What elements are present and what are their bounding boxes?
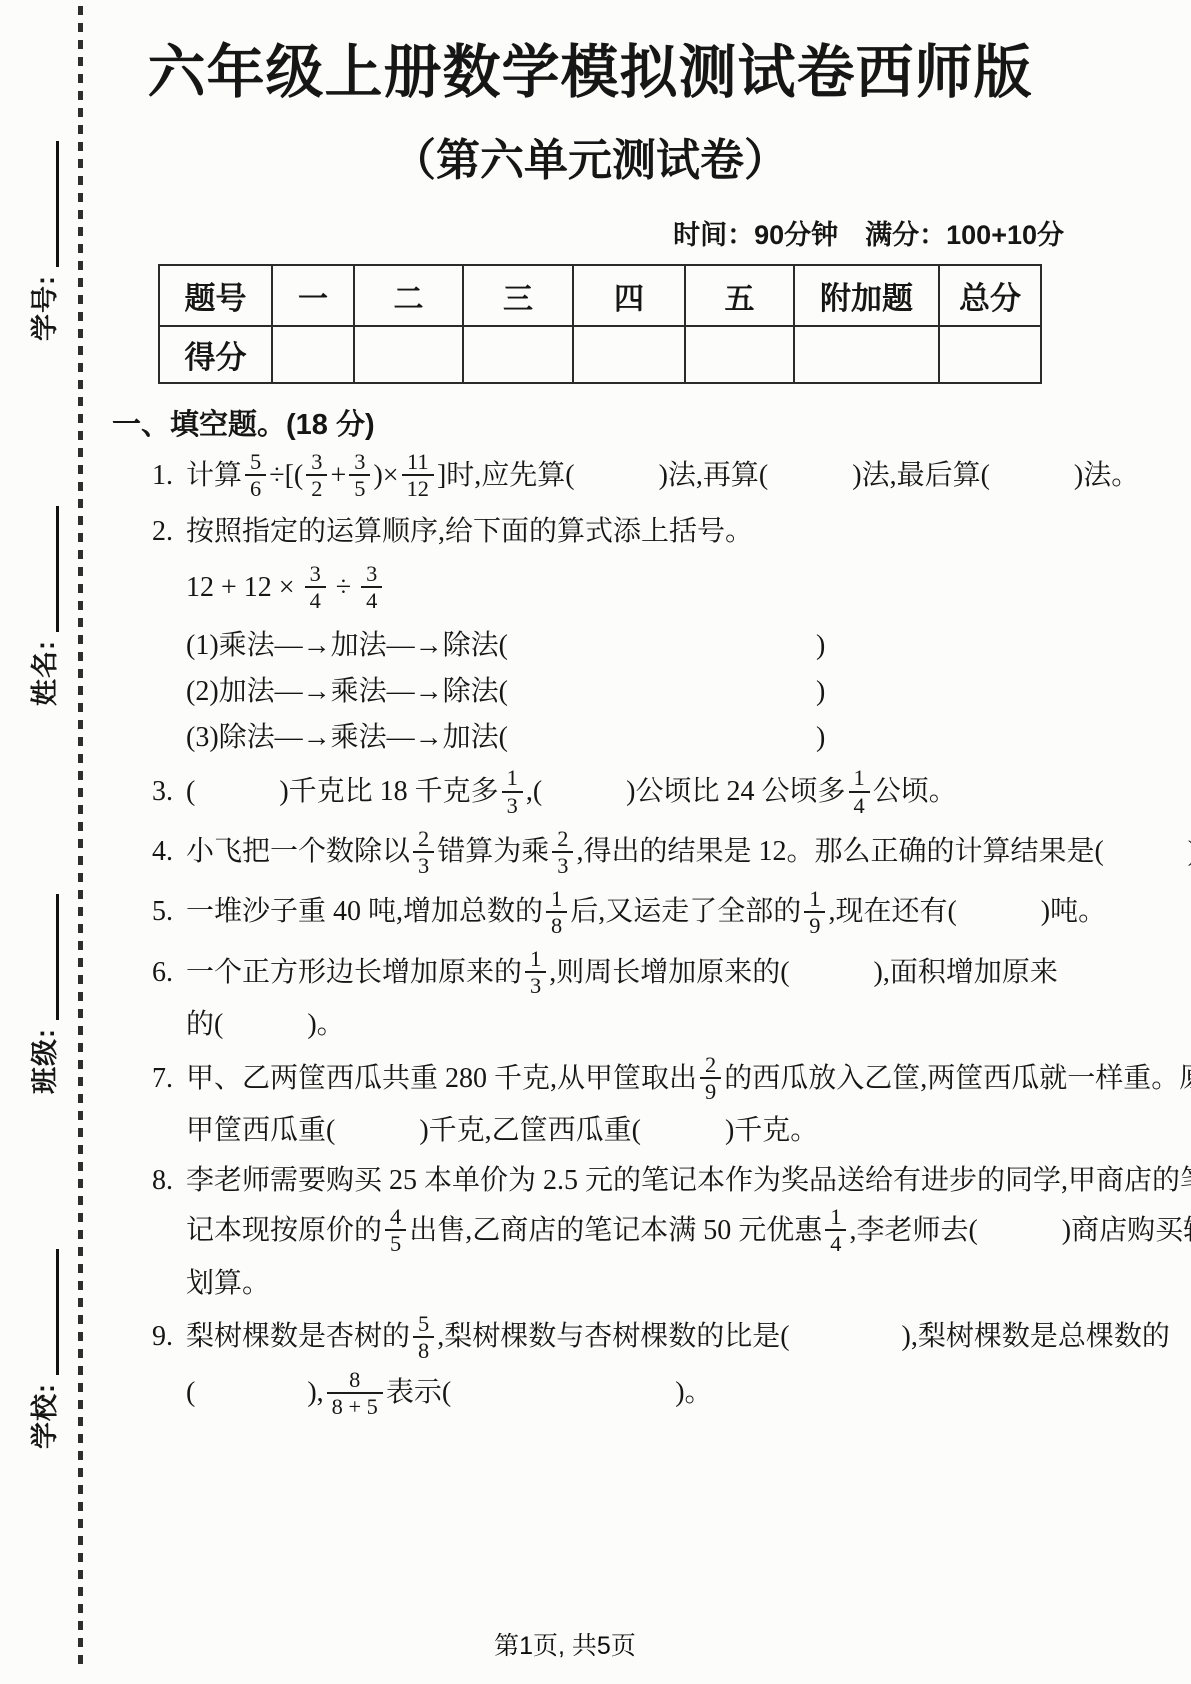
question-7: 7.甲、乙两筐西瓜共重 280 千克,从甲筐取出29的西瓜放入乙筐,两筐西瓜就一…	[152, 1054, 1068, 1152]
question-line-first: 1.计算56÷[(32+35)×1112]时,应先算( )法,再算( )法,最后…	[152, 451, 1068, 503]
question-line-first: 4.小飞把一个数除以23错算为乘23,得出的结果是 12。那么正确的计算结果是(…	[152, 828, 1068, 880]
question-number: 2.	[152, 511, 186, 553]
question-1: 1.计算56÷[(32+35)×1112]时,应先算( )法,再算( )法,最后…	[152, 451, 1068, 503]
score-table-header-cell: 四	[573, 265, 685, 326]
question-9: 9.梨树棵数是杏树的58,梨树棵数与杏树棵数的比是( ),梨树棵数是总棵数的( …	[152, 1313, 1068, 1421]
fraction: 23	[413, 826, 434, 878]
question-line: 的( )。	[186, 1004, 1068, 1046]
fraction: 14	[849, 765, 870, 817]
question-2: 2.按照指定的运算顺序,给下面的算式添上括号。12 + 12 × 34 ÷ 34…	[152, 511, 1068, 759]
question-text: 李老师需要购买 25 本单价为 2.5 元的笔记本作为奖品送给有进步的同学,甲商…	[186, 1165, 1191, 1196]
score-table-header-cell: 五	[685, 265, 794, 326]
question-line: (3)除法—→乘法—→加法( )	[186, 717, 1068, 759]
sidebar-field-class: 班级:	[19, 876, 59, 1094]
question-number: 9.	[152, 1316, 186, 1358]
question-line-first: 5.一堆沙子重 40 吨,增加总数的18后,又运走了全部的19,现在还有( )吨…	[152, 888, 1068, 940]
score-value-cell-empty	[272, 326, 354, 383]
fraction: 34	[305, 561, 326, 613]
question-number: 8.	[152, 1160, 186, 1202]
question-line: (1)乘法—→加法—→除法( )	[186, 625, 1068, 667]
fraction: 18	[546, 886, 567, 938]
section-heading: 一、填空题。(18 分)	[112, 402, 1068, 443]
question-text: 甲筐西瓜重( )千克,乙筐西瓜重( )千克。	[186, 1115, 818, 1146]
fraction: 34	[361, 561, 382, 613]
fraction: 58	[413, 1311, 434, 1363]
question-line: 划算。	[186, 1263, 1068, 1305]
question-line-first: 8.李老师需要购买 25 本单价为 2.5 元的笔记本作为奖品送给有进步的同学,…	[152, 1160, 1068, 1202]
question-3: 3.( )千克比 18 千克多13,( )公顷比 24 公顷多14公顷。	[152, 767, 1068, 819]
score-table-header-cell: 三	[463, 265, 573, 326]
sidebar-field-student-id: 学号:	[19, 123, 59, 341]
score-table-header-cell: 一	[272, 265, 354, 326]
exam-time-score-meta: 时间：90分钟 满分：100+10分	[112, 213, 1068, 252]
question-text: 记本现按原价的45出售,乙商店的笔记本满 50 元优惠14,李老师去( )商店购…	[186, 1215, 1191, 1246]
question-number: 1.	[152, 455, 186, 497]
question-text: 梨树棵数是杏树的58,梨树棵数与杏树棵数的比是( ),梨树棵数是总棵数的	[186, 1321, 1170, 1352]
score-value-cell-empty	[463, 326, 573, 383]
fraction: 23	[552, 826, 573, 878]
fraction: 19	[804, 886, 825, 938]
score-table-header-cell: 附加题	[794, 265, 939, 326]
fold-dashed-line	[78, 6, 83, 1672]
fraction: 88 + 5	[327, 1367, 383, 1419]
question-text: ( ),88 + 5表示( )。	[186, 1377, 713, 1408]
fill-in-line	[52, 506, 59, 632]
question-8: 8.李老师需要购买 25 本单价为 2.5 元的笔记本作为奖品送给有进步的同学,…	[152, 1160, 1068, 1304]
fraction: 56	[245, 449, 266, 501]
questions-list: 1.计算56÷[(32+35)×1112]时,应先算( )法,再算( )法,最后…	[112, 451, 1068, 1421]
question-text: 12 + 12 × 34 ÷ 34	[186, 572, 385, 603]
question-text: 计算56÷[(32+35)×1112]时,应先算( )法,再算( )法,最后算(…	[186, 460, 1139, 491]
fill-in-line	[52, 141, 59, 267]
question-text: 按照指定的运算顺序,给下面的算式添上括号。	[186, 516, 753, 547]
field-label: 学校:	[32, 1383, 59, 1449]
score-table-header-cell: 二	[354, 265, 463, 326]
score-table-header-cell: 总分	[939, 265, 1041, 326]
score-value-cell-empty	[939, 326, 1041, 383]
question-number: 5.	[152, 891, 186, 933]
question-text: (3)除法—→乘法—→加法( )	[186, 722, 825, 753]
fraction: 29	[700, 1052, 721, 1104]
question-text: 一个正方形边长增加原来的13,则周长增加原来的( ),面积增加原来	[186, 957, 1058, 988]
question-line: 甲筐西瓜重( )千克,乙筐西瓜重( )千克。	[186, 1110, 1068, 1152]
question-text: 的( )。	[186, 1009, 345, 1040]
page-title: 六年级上册数学模拟测试卷西师版	[112, 40, 1068, 107]
sidebar-field-student-name: 姓名:	[19, 488, 59, 706]
score-value-cell-empty	[354, 326, 463, 383]
fraction: 13	[502, 765, 523, 817]
question-line-first: 6.一个正方形边长增加原来的13,则周长增加原来的( ),面积增加原来	[152, 948, 1068, 1000]
question-text: ( )千克比 18 千克多13,( )公顷比 24 公顷多14公顷。	[186, 776, 957, 807]
fraction: 32	[306, 449, 327, 501]
score-table-corner-cell: 题号	[159, 265, 272, 326]
question-line: (2)加法—→乘法—→除法( )	[186, 671, 1068, 713]
question-line-first: 7.甲、乙两筐西瓜共重 280 千克,从甲筐取出29的西瓜放入乙筐,两筐西瓜就一…	[152, 1054, 1068, 1106]
score-value-cell-empty	[794, 326, 939, 383]
question-4: 4.小飞把一个数除以23错算为乘23,得出的结果是 12。那么正确的计算结果是(…	[152, 828, 1068, 880]
question-text: 划算。	[186, 1268, 270, 1299]
question-line: 12 + 12 × 34 ÷ 34	[186, 563, 1068, 615]
page-subtitle: （第六单元测试卷）	[112, 137, 1068, 185]
field-label: 学号:	[32, 275, 59, 341]
score-table: 题号一二三四五附加题总分得分	[158, 264, 1042, 384]
question-line-first: 2.按照指定的运算顺序,给下面的算式添上括号。	[152, 511, 1068, 553]
question-line: 记本现按原价的45出售,乙商店的笔记本满 50 元优惠14,李老师去( )商店购…	[186, 1206, 1068, 1258]
fraction: 35	[349, 449, 370, 501]
paper-content: 六年级上册数学模拟测试卷西师版 （第六单元测试卷） 时间：90分钟 满分：100…	[112, 40, 1068, 1429]
fraction: 13	[525, 946, 546, 998]
sidebar-field-school: 学校:	[19, 1231, 59, 1449]
fraction: 45	[385, 1204, 406, 1256]
fill-in-line	[52, 894, 59, 1020]
question-text: 小飞把一个数除以23错算为乘23,得出的结果是 12。那么正确的计算结果是( )…	[186, 836, 1191, 867]
question-number: 6.	[152, 952, 186, 994]
score-row-label: 得分	[159, 326, 272, 383]
field-label: 班级:	[32, 1028, 59, 1094]
question-number: 4.	[152, 831, 186, 873]
question-line-first: 9.梨树棵数是杏树的58,梨树棵数与杏树棵数的比是( ),梨树棵数是总棵数的	[152, 1313, 1068, 1365]
question-line: ( ),88 + 5表示( )。	[186, 1369, 1068, 1421]
page-number-footer: 第1页, 共5页	[0, 1626, 1130, 1662]
fill-in-line	[52, 1249, 59, 1375]
fraction: 14	[825, 1204, 846, 1256]
question-number: 7.	[152, 1058, 186, 1100]
question-line-first: 3.( )千克比 18 千克多13,( )公顷比 24 公顷多14公顷。	[152, 767, 1068, 819]
question-text: 一堆沙子重 40 吨,增加总数的18后,又运走了全部的19,现在还有( )吨。	[186, 896, 1106, 927]
score-value-cell-empty	[573, 326, 685, 383]
question-number: 3.	[152, 771, 186, 813]
question-6: 6.一个正方形边长增加原来的13,则周长增加原来的( ),面积增加原来的( )。	[152, 948, 1068, 1046]
score-value-cell-empty	[685, 326, 794, 383]
fraction: 1112	[402, 449, 434, 501]
question-text: (2)加法—→乘法—→除法( )	[186, 676, 825, 707]
question-text: (1)乘法—→加法—→除法( )	[186, 630, 825, 661]
question-text: 甲、乙两筐西瓜共重 280 千克,从甲筐取出29的西瓜放入乙筐,两筐西瓜就一样重…	[186, 1063, 1191, 1094]
field-label: 姓名:	[32, 640, 59, 706]
question-5: 5.一堆沙子重 40 吨,增加总数的18后,又运走了全部的19,现在还有( )吨…	[152, 888, 1068, 940]
